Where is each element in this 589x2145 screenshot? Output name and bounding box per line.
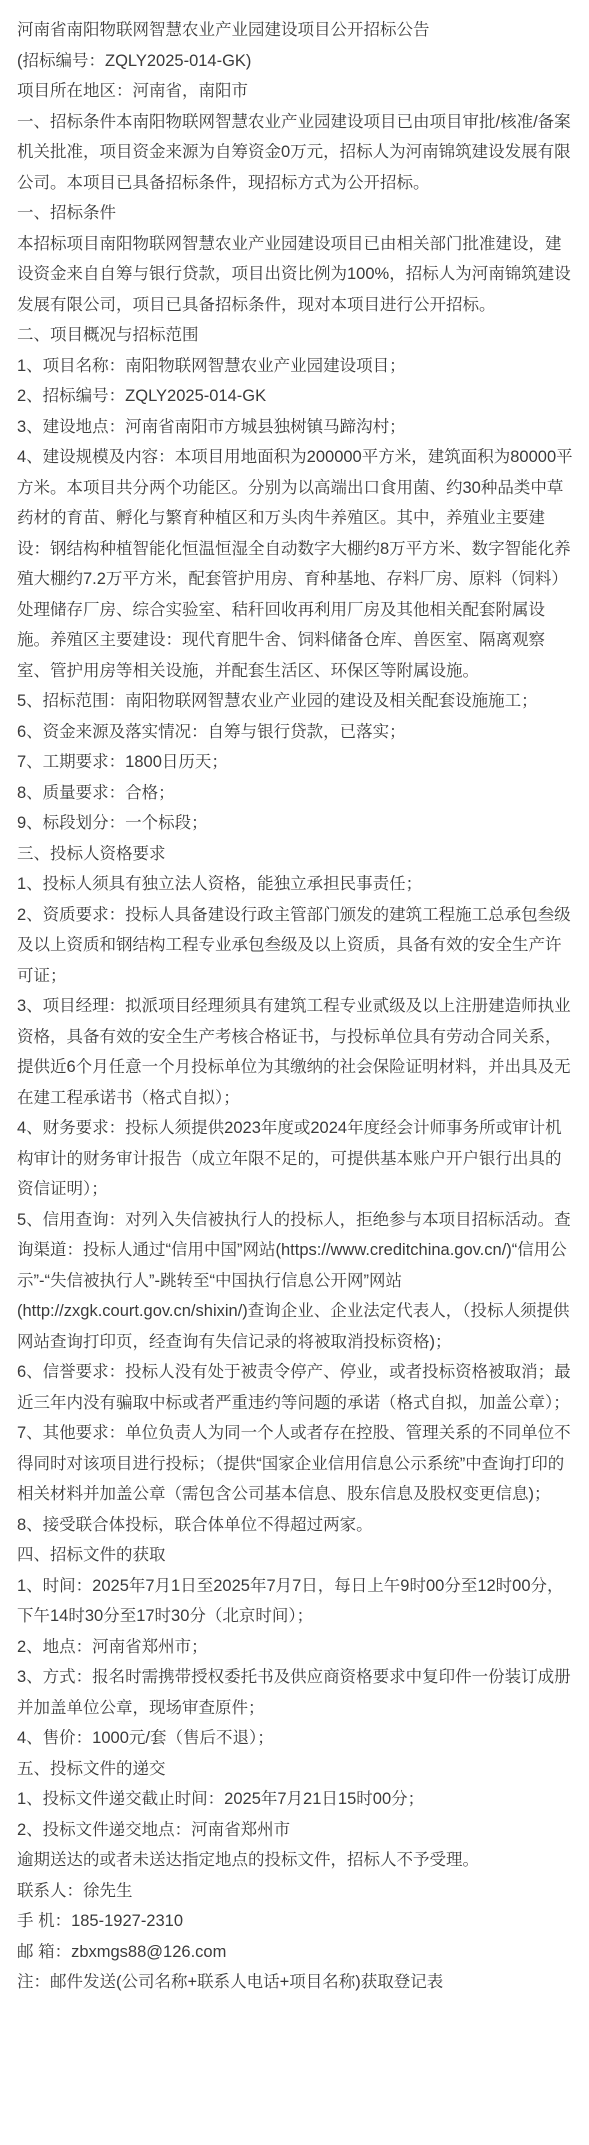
paragraph: 3、方式：报名时需携带授权委托书及供应商资格要求中复印件一份装订成册并加盖单位公… (17, 1662, 573, 1723)
paragraph: 4、建设规模及内容：本项目用地面积为200000平方米，建筑面积为80000平方… (17, 442, 573, 686)
tender-announcement-document: 河南省南阳物联网智慧农业产业园建设项目公开招标公告(招标编号：ZQLY2025-… (0, 0, 589, 1998)
paragraph: (招标编号：ZQLY2025-014-GK) (17, 46, 573, 77)
paragraph: 5、信用查询：对列入失信被执行人的投标人，拒绝参与本项目招标活动。查询渠道：投标… (17, 1205, 573, 1358)
paragraph: 一、招标条件本南阳物联网智慧农业产业园建设项目已由项目审批/核准/备案机关批准，… (17, 107, 573, 199)
paragraph: 2、资质要求：投标人具备建设行政主管部门颁发的建筑工程施工总承包叁级及以上资质和… (17, 900, 573, 992)
paragraph: 注：邮件发送(公司名称+联系人电话+项目名称)获取登记表 (17, 1967, 573, 1998)
paragraph: 五、投标文件的递交 (17, 1754, 573, 1785)
paragraph: 4、财务要求：投标人须提供2023年度或2024年度经会计师事务所或审计机构审计… (17, 1113, 573, 1205)
paragraph: 1、投标文件递交截止时间：2025年7月21日15时00分； (17, 1784, 573, 1815)
paragraph: 手 机：185-1927-2310 (17, 1906, 573, 1937)
paragraph: 项目所在地区：河南省，南阳市 (17, 76, 573, 107)
paragraph: 三、投标人资格要求 (17, 839, 573, 870)
paragraph: 逾期送达的或者未送达指定地点的投标文件，招标人不予受理。 (17, 1845, 573, 1876)
paragraph: 4、售价：1000元/套（售后不退）； (17, 1723, 573, 1754)
paragraph: 3、项目经理：拟派项目经理须具有建筑工程专业贰级及以上注册建造师执业资格，具备有… (17, 991, 573, 1113)
paragraph: 7、其他要求：单位负责人为同一个人或者存在控股、管理关系的不同单位不得同时对该项… (17, 1418, 573, 1510)
paragraph: 2、投标文件递交地点：河南省郑州市 (17, 1815, 573, 1846)
paragraph: 本招标项目南阳物联网智慧农业产业园建设项目已由相关部门批准建设，建设资金来自自筹… (17, 229, 573, 321)
paragraph: 一、招标条件 (17, 198, 573, 229)
document-title: 河南省南阳物联网智慧农业产业园建设项目公开招标公告 (17, 15, 573, 46)
paragraph: 7、工期要求：1800日历天； (17, 747, 573, 778)
paragraph: 9、标段划分：一个标段； (17, 808, 573, 839)
paragraph: 5、招标范围：南阳物联网智慧农业产业园的建设及相关配套设施施工； (17, 686, 573, 717)
paragraph: 四、招标文件的获取 (17, 1540, 573, 1571)
paragraph: 1、时间：2025年7月1日至2025年7月7日，每日上午9时00分至12时00… (17, 1571, 573, 1632)
paragraph: 8、质量要求：合格； (17, 778, 573, 809)
paragraph: 6、资金来源及落实情况：自筹与银行贷款，已落实； (17, 717, 573, 748)
paragraph: 6、信誉要求：投标人没有处于被责令停产、停业，或者投标资格被取消；最近三年内没有… (17, 1357, 573, 1418)
paragraph: 2、招标编号：ZQLY2025-014-GK (17, 381, 573, 412)
paragraph: 3、建设地点：河南省南阳市方城县独树镇马蹄沟村； (17, 412, 573, 443)
paragraph: 二、项目概况与招标范围 (17, 320, 573, 351)
paragraph-list: 河南省南阳物联网智慧农业产业园建设项目公开招标公告(招标编号：ZQLY2025-… (17, 15, 573, 1998)
paragraph: 联系人：徐先生 (17, 1876, 573, 1907)
paragraph: 2、地点：河南省郑州市； (17, 1632, 573, 1663)
paragraph: 1、投标人须具有独立法人资格，能独立承担民事责任； (17, 869, 573, 900)
paragraph: 1、项目名称：南阳物联网智慧农业产业园建设项目； (17, 351, 573, 382)
paragraph: 邮 箱：zbxmgs88@126.com (17, 1937, 573, 1968)
paragraph: 8、接受联合体投标，联合体单位不得超过两家。 (17, 1510, 573, 1541)
